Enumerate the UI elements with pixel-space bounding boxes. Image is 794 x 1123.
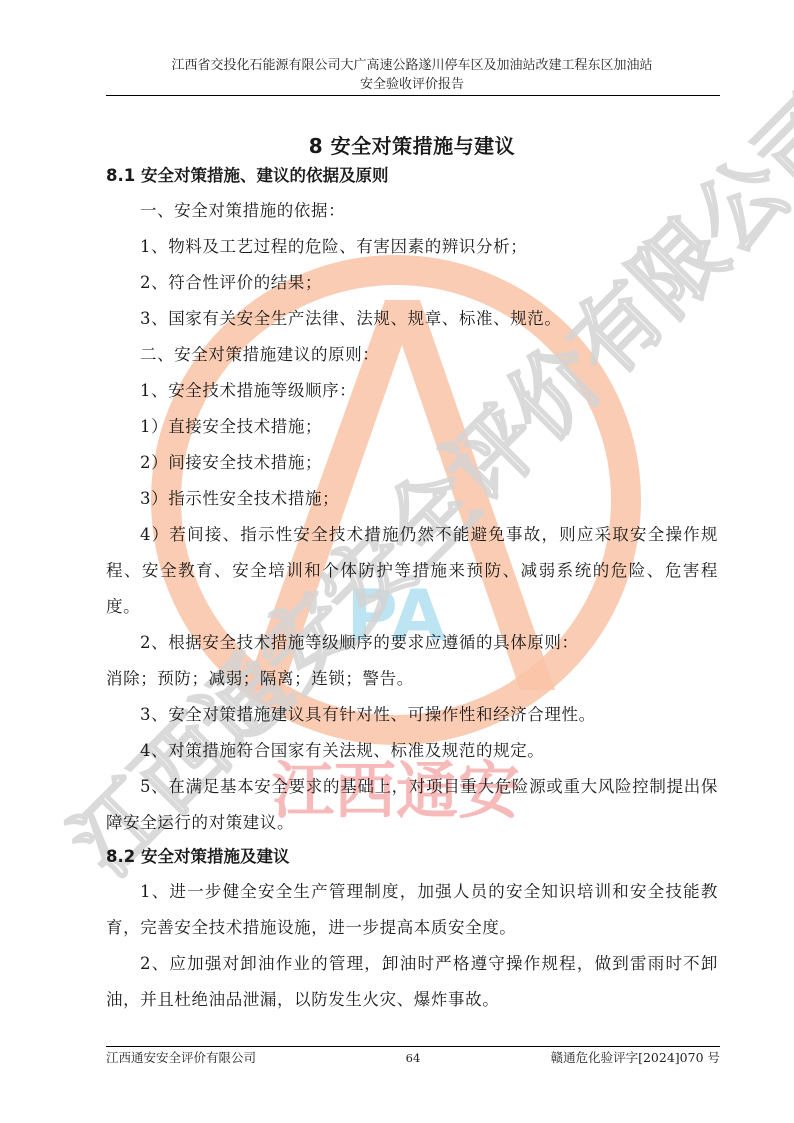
paragraph: 4、对策措施符合国家有关法规、标准及规范的规定。 — [106, 733, 718, 769]
footer-doc-number: 赣通危化验评字[2024]070 号 — [551, 1050, 720, 1066]
paragraph: 消除；预防；减弱；隔离；连锁；警告。 — [106, 661, 718, 697]
header-title-line1: 江西省交投化石能源有限公司大广高速公路遂川停车区及加油站改建工程东区加油站 — [106, 56, 718, 75]
paragraph: 1）直接安全技术措施； — [106, 409, 718, 445]
paragraph: 4）若间接、指示性安全技术措施仍然不能避免事故，则应采取安全操作规程、安全教育、… — [106, 517, 718, 625]
paragraph: 1、安全技术措施等级顺序： — [106, 373, 718, 409]
paragraph: 1、进一步健全安全生产管理制度，加强人员的安全知识培训和安全技能教育，完善安全技… — [106, 874, 718, 946]
paragraph: 2、根据安全技术措施等级顺序的要求应遵循的具体原则： — [106, 625, 718, 661]
page-content: 8 安全对策措施与建议 8.1 安全对策措施、建议的依据及原则 一、安全对策措施… — [106, 128, 718, 1018]
paragraph: 2、符合性评价的结果； — [106, 265, 718, 301]
paragraph: 5、在满足基本安全要求的基础上，对项目重大危险源或重大风险控制提出保障安全运行的… — [106, 769, 718, 841]
paragraph: 一、安全对策措施的依据： — [106, 193, 718, 229]
paragraph: 3）指示性安全技术措施； — [106, 481, 718, 517]
page-header: 江西省交投化石能源有限公司大广高速公路遂川停车区及加油站改建工程东区加油站 安全… — [106, 56, 718, 94]
paragraph: 2）间接安全技术措施； — [106, 445, 718, 481]
header-title-line2: 安全验收评价报告 — [106, 75, 718, 94]
paragraph: 1、物料及工艺过程的危险、有害因素的辨识分析； — [106, 229, 718, 265]
document-page: PA 江西通安 江西通安安全评价有限公司 江西省交投化石能源有限公司大广高速公路… — [0, 0, 794, 1123]
paragraph: 二、安全对策措施建议的原则： — [106, 337, 718, 373]
paragraph: 2、应加强对卸油作业的管理，卸油时严格遵守操作规程，做到雷雨时不卸油，并且杜绝油… — [106, 946, 718, 1018]
paragraph: 3、国家有关安全生产法律、法规、规章、标准、规范。 — [106, 301, 718, 337]
section-title-8-1: 8.1 安全对策措施、建议的依据及原则 — [106, 163, 718, 189]
footer-divider — [106, 1046, 720, 1047]
paragraph: 3、安全对策措施建议具有针对性、可操作性和经济合理性。 — [106, 697, 718, 733]
section-title-8-2: 8.2 安全对策措施及建议 — [106, 844, 718, 870]
chapter-title: 8 安全对策措施与建议 — [106, 132, 718, 160]
header-divider — [106, 95, 720, 96]
